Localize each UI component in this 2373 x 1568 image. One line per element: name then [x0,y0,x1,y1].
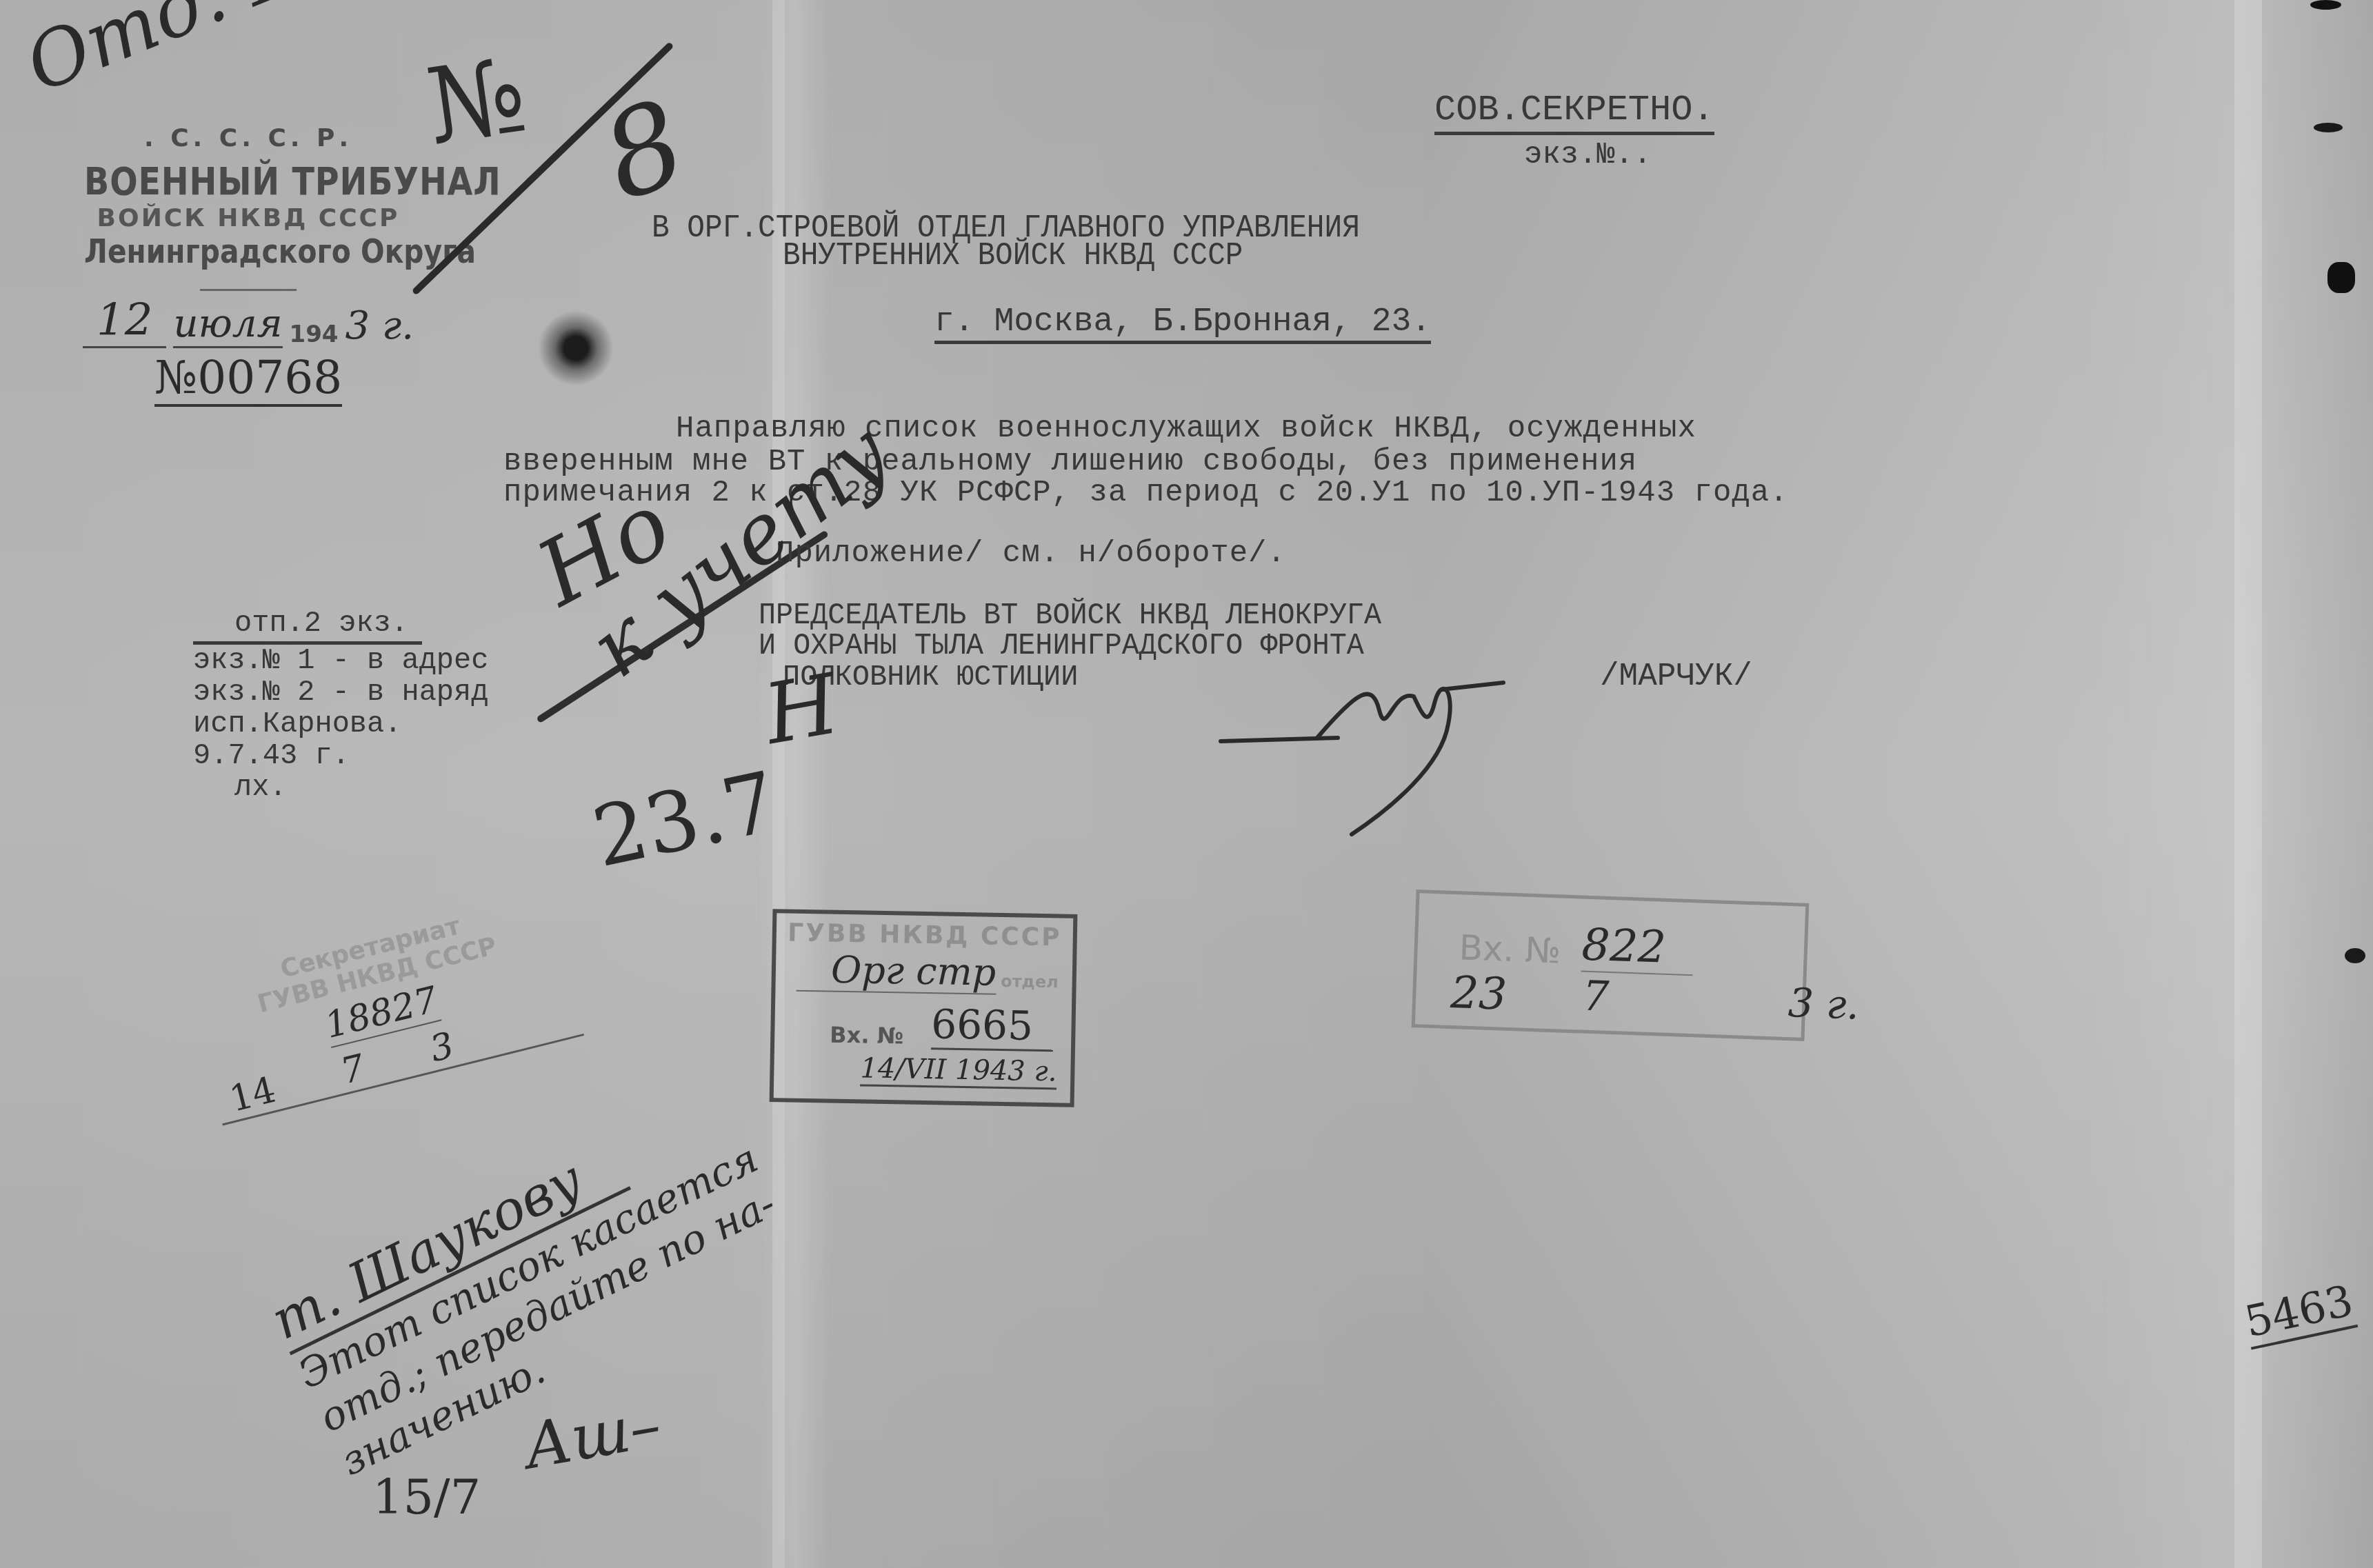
signatory-name: /МАРЧУК/ [1600,659,1752,694]
ink-blot [538,310,614,386]
guvv-stamp-dept-label: отдел [1001,972,1059,992]
distribution-executor: исп.Карнова. [193,708,488,740]
incoming-stamp-year: 3 г. [1788,979,1861,1033]
guvv-stamp-date-row: 14/VII 1943 г. [774,1051,1071,1087]
guvv-stamp-in-number: 6665 [931,1001,1054,1052]
guvv-stamp: ГУВВ НКВД СССР Орг стр отдел Вх. № 6665 … [770,909,1078,1107]
stamp-number: №00768 [154,351,342,407]
handwritten-note-top-left: Отд. Кр [14,0,360,110]
punch-hole [2314,123,2343,132]
copy-number: экз.№.. [1524,138,1652,172]
signature-title-1: ПРЕДСЕДАТЕЛЬ ВТ ВОЙСК НКВД ЛЕНОКРУГА [759,599,1381,633]
guvv-stamp-in-label: Вх. № [830,1022,903,1049]
distribution-initials: лх. [193,772,488,803]
secretariat-stamp-month: 7 [337,1047,369,1092]
recipient-address: г. Москва, Б.Бронная, 23. [934,303,1431,344]
guvv-stamp-dept-row: Орг стр отдел [775,947,1072,1000]
secretariat-stamp-year: 3 [426,1025,459,1070]
sender-stamp: . С. С. С. Р. ВОЕННЫЙ ТРИБУНАЛ ВОЙСК НКВ… [55,124,441,404]
stamp-date-day: 12 [83,295,166,348]
distribution-line-2: экз.№ 2 - в наряд [193,676,488,708]
stamp-number-row: №00768 [55,351,441,404]
distribution-date: 9.7.43 г. [193,740,488,772]
stamp-troops: ВОЙСК НКВД СССР [55,204,441,232]
handwritten-note-date: 15/7 [372,1469,481,1525]
handwritten-date: 23.7 [585,754,785,887]
body-line-3: примечания 2 к ст.28 УК РСФСР, за период… [503,476,1789,510]
classification: СОВ.СЕКРЕТНО. [1434,90,1714,135]
incoming-stamp-day: 23 [1450,967,1508,1021]
distribution-header: отп.2 экз. [193,607,422,645]
body-line-2: вверенным мне ВТ к реальному лишению сво… [503,445,1637,479]
guvv-stamp-date: 14/VII 1943 г. [860,1052,1057,1089]
punch-hole [2345,948,2365,963]
stamp-date-month: июля [173,301,282,348]
recipient-line-2: ВНУТРЕННИХ ВОЙСК НКВД СССР [783,238,1243,274]
stamp-divider [200,289,297,291]
stamp-date: 12 июля 194 3 г. [55,295,441,348]
handwritten-note-signature: Аш– [519,1389,666,1484]
signature-icon [1214,648,1545,848]
distribution-block: отп.2 экз. экз.№ 1 - в адрес экз.№ 2 - в… [193,607,488,803]
stamp-date-year-suffix: 3 г. [346,303,414,348]
incoming-stamp-label: Вх. № [1459,927,1562,971]
handwritten-initials: № [420,35,534,168]
stamp-country: . С. С. С. Р. [55,124,441,152]
stamp-date-year: 194 [290,321,339,348]
secretariat-stamp-day: 14 [226,1069,280,1120]
punch-hole [2310,0,2341,10]
attachment-note: Приложение/ см. н/обороте/. [776,536,1286,571]
punch-hole [2327,262,2355,293]
guvv-stamp-in-row: Вх. № 6665 [774,998,1072,1052]
stamp-district: Ленинградского Округа [84,232,412,271]
incoming-stamp-number: 822 [1581,920,1694,976]
secretariat-stamp: Секретариат ГУВВ НКВД СССР 18827 14 7 3 [186,889,584,1125]
handwritten-mark: 8 [585,74,702,228]
incoming-stamp-month: 7 [1581,972,1610,1024]
distribution-line-1: экз.№ 1 - в адрес [193,645,488,676]
incoming-stamp: Вх. № 822 23 7 3 г. [1412,889,1810,1041]
stamp-tribunal: ВОЕННЫЙ ТРИБУНАЛ [84,159,412,204]
guvv-stamp-dept: Орг стр [830,948,996,994]
